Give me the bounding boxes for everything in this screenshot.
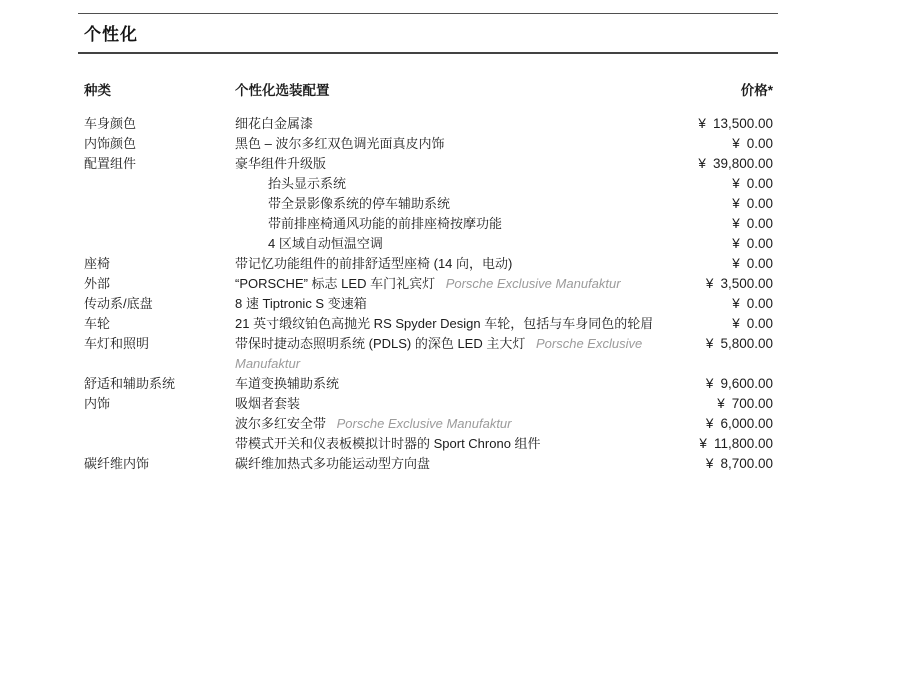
table-row: 带全景影像系统的停车辅助系统 ¥0.00: [84, 194, 778, 214]
option-name: 带前排座椅通风功能的前排座椅按摩功能: [268, 216, 502, 231]
row-option: 吸烟者套装: [235, 394, 668, 414]
table-row: 抬头显示系统 ¥0.00: [84, 174, 778, 194]
table-row: 碳纤维内饰 碳纤维加热式多功能运动型方向盘 ¥8,700.00: [84, 454, 778, 474]
table-row: 座椅 带记忆功能组件的前排舒适型座椅 (14 向，电动) ¥0.00: [84, 254, 778, 274]
price-amount: 11,800.00: [714, 436, 773, 451]
price-amount: 0.00: [747, 316, 773, 331]
row-category: 内饰: [84, 394, 235, 414]
row-price: ¥700.00: [668, 394, 778, 414]
row-price: ¥8,700.00: [668, 454, 778, 474]
row-category: 碳纤维内饰: [84, 454, 235, 474]
row-price: ¥39,800.00: [668, 154, 778, 174]
row-option: 带保时捷动态照明系统 (PDLS) 的深色 LED 主大灯 Porsche Ex…: [235, 334, 668, 374]
currency-symbol: ¥: [732, 314, 740, 334]
currency-symbol: ¥: [732, 194, 740, 214]
row-price: ¥0.00: [668, 294, 778, 314]
table-row: 波尔多红安全带 Porsche Exclusive Manufaktur ¥6,…: [84, 414, 778, 434]
page-title: 个性化: [78, 14, 778, 52]
option-name: 细花白金属漆: [235, 116, 313, 131]
price-amount: 0.00: [747, 196, 773, 211]
price-amount: 13,500.00: [713, 116, 773, 131]
row-category: 座椅: [84, 254, 235, 274]
row-price: ¥0.00: [668, 234, 778, 254]
price-amount: 6,000.00: [720, 416, 773, 431]
row-option: 带模式开关和仪表板模拟计时器的 Sport Chrono 组件: [235, 434, 668, 454]
row-option: 黑色 – 波尔多红双色调光面真皮内饰: [235, 134, 668, 154]
currency-symbol: ¥: [699, 434, 707, 454]
row-price: ¥11,800.00: [668, 434, 778, 454]
row-price: ¥13,500.00: [668, 114, 778, 134]
title-underline: [78, 52, 778, 54]
currency-symbol: ¥: [706, 274, 714, 294]
option-name: 4 区域自动恒温空调: [268, 236, 383, 251]
row-option: 车道变换辅助系统: [235, 374, 668, 394]
row-category: 外部: [84, 274, 235, 294]
table-row: 传动系/底盘 8 速 Tiptronic S 变速箱 ¥0.00: [84, 294, 778, 314]
row-price: ¥6,000.00: [668, 414, 778, 434]
option-name: 豪华组件升级版: [235, 156, 326, 171]
price-amount: 3,500.00: [720, 276, 773, 291]
table-row: 车身颜色 细花白金属漆 ¥13,500.00: [84, 114, 778, 134]
row-option: 碳纤维加热式多功能运动型方向盘: [235, 454, 668, 474]
table-header-row: 种类 个性化选装配置 价格*: [84, 81, 778, 101]
price-amount: 0.00: [747, 216, 773, 231]
row-price: ¥0.00: [668, 214, 778, 234]
row-price: ¥5,800.00: [668, 334, 778, 354]
currency-symbol: ¥: [732, 174, 740, 194]
row-option: 带全景影像系统的停车辅助系统: [235, 194, 668, 214]
option-name: 车道变换辅助系统: [235, 376, 339, 391]
options-table-body: 车身颜色 细花白金属漆 ¥13,500.00 内饰颜色 黑色 – 波尔多红双色调…: [84, 114, 778, 474]
row-category: 车身颜色: [84, 114, 235, 134]
row-option: 细花白金属漆: [235, 114, 668, 134]
price-amount: 8,700.00: [720, 456, 773, 471]
price-amount: 0.00: [747, 176, 773, 191]
option-name: 波尔多红安全带: [235, 416, 326, 431]
row-category: 传动系/底盘: [84, 294, 235, 314]
price-amount: 700.00: [732, 396, 773, 411]
currency-symbol: ¥: [698, 114, 706, 134]
row-category: 车轮: [84, 314, 235, 334]
row-option: 抬头显示系统: [235, 174, 668, 194]
currency-symbol: ¥: [706, 454, 714, 474]
currency-symbol: ¥: [706, 334, 714, 354]
table-row: 车灯和照明 带保时捷动态照明系统 (PDLS) 的深色 LED 主大灯 Pors…: [84, 334, 778, 374]
currency-symbol: ¥: [732, 234, 740, 254]
row-category: 配置组件: [84, 154, 235, 174]
row-option: 带前排座椅通风功能的前排座椅按摩功能: [235, 214, 668, 234]
option-name: 带记忆功能组件的前排舒适型座椅 (14 向，电动): [235, 256, 512, 271]
option-exclusive-manufaktur-label: Porsche Exclusive Manufaktur: [337, 416, 512, 431]
row-category: 舒适和辅助系统: [84, 374, 235, 394]
currency-symbol: ¥: [732, 214, 740, 234]
option-name: 碳纤维加热式多功能运动型方向盘: [235, 456, 430, 471]
row-category: 内饰颜色: [84, 134, 235, 154]
table-row: 4 区域自动恒温空调 ¥0.00: [84, 234, 778, 254]
option-name: 吸烟者套装: [235, 396, 300, 411]
price-amount: 0.00: [747, 256, 773, 271]
row-option: 波尔多红安全带 Porsche Exclusive Manufaktur: [235, 414, 668, 434]
option-name: 8 速 Tiptronic S 变速箱: [235, 296, 367, 311]
row-price: ¥3,500.00: [668, 274, 778, 294]
header-category: 种类: [84, 81, 235, 101]
price-amount: 0.00: [747, 136, 773, 151]
table-row: 内饰颜色 黑色 – 波尔多红双色调光面真皮内饰 ¥0.00: [84, 134, 778, 154]
row-option: 8 速 Tiptronic S 变速箱: [235, 294, 668, 314]
row-price: ¥0.00: [668, 314, 778, 334]
price-sheet-page: 个性化 种类 个性化选装配置 价格* 车身颜色 细花白金属漆 ¥13,500.0…: [0, 0, 778, 474]
header-price: 价格*: [668, 81, 778, 101]
header-option: 个性化选装配置: [235, 81, 668, 101]
table-row: 带模式开关和仪表板模拟计时器的 Sport Chrono 组件 ¥11,800.…: [84, 434, 778, 454]
currency-symbol: ¥: [732, 134, 740, 154]
option-name: 抬头显示系统: [268, 176, 346, 191]
row-option: 21 英寸缎纹铂色高抛光 RS Spyder Design 车轮，包括与车身同色…: [235, 314, 668, 334]
currency-symbol: ¥: [717, 394, 725, 414]
price-amount: 0.00: [747, 236, 773, 251]
option-exclusive-manufaktur-label: Porsche Exclusive Manufaktur: [446, 276, 621, 291]
currency-symbol: ¥: [706, 374, 714, 394]
options-table: 种类 个性化选装配置 价格* 车身颜色 细花白金属漆 ¥13,500.00 内饰…: [78, 81, 778, 474]
option-name: 带全景影像系统的停车辅助系统: [268, 196, 450, 211]
currency-symbol: ¥: [698, 154, 706, 174]
price-amount: 39,800.00: [713, 156, 773, 171]
table-row: 车轮 21 英寸缎纹铂色高抛光 RS Spyder Design 车轮，包括与车…: [84, 314, 778, 334]
row-option: 带记忆功能组件的前排舒适型座椅 (14 向，电动): [235, 254, 668, 274]
row-option: 4 区域自动恒温空调: [235, 234, 668, 254]
option-name: 21 英寸缎纹铂色高抛光 RS Spyder Design 车轮，包括与车身同色…: [235, 316, 653, 331]
row-price: ¥0.00: [668, 194, 778, 214]
price-amount: 9,600.00: [720, 376, 773, 391]
table-row: 带前排座椅通风功能的前排座椅按摩功能 ¥0.00: [84, 214, 778, 234]
row-price: ¥0.00: [668, 254, 778, 274]
option-name: “PORSCHE” 标志 LED 车门礼宾灯: [235, 276, 435, 291]
row-category: 车灯和照明: [84, 334, 235, 354]
option-name: 带模式开关和仪表板模拟计时器的 Sport Chrono 组件: [235, 436, 541, 451]
table-row: 内饰 吸烟者套装 ¥700.00: [84, 394, 778, 414]
row-price: ¥0.00: [668, 174, 778, 194]
price-amount: 5,800.00: [720, 336, 773, 351]
option-name: 带保时捷动态照明系统 (PDLS) 的深色 LED 主大灯: [235, 336, 525, 351]
row-option: “PORSCHE” 标志 LED 车门礼宾灯 Porsche Exclusive…: [235, 274, 668, 294]
table-row: 外部 “PORSCHE” 标志 LED 车门礼宾灯 Porsche Exclus…: [84, 274, 778, 294]
table-row: 舒适和辅助系统 车道变换辅助系统 ¥9,600.00: [84, 374, 778, 394]
currency-symbol: ¥: [732, 254, 740, 274]
row-price: ¥0.00: [668, 134, 778, 154]
currency-symbol: ¥: [706, 414, 714, 434]
row-price: ¥9,600.00: [668, 374, 778, 394]
option-name: 黑色 – 波尔多红双色调光面真皮内饰: [235, 136, 444, 151]
table-row: 配置组件 豪华组件升级版 ¥39,800.00: [84, 154, 778, 174]
price-amount: 0.00: [747, 296, 773, 311]
currency-symbol: ¥: [732, 294, 740, 314]
row-option: 豪华组件升级版: [235, 154, 668, 174]
